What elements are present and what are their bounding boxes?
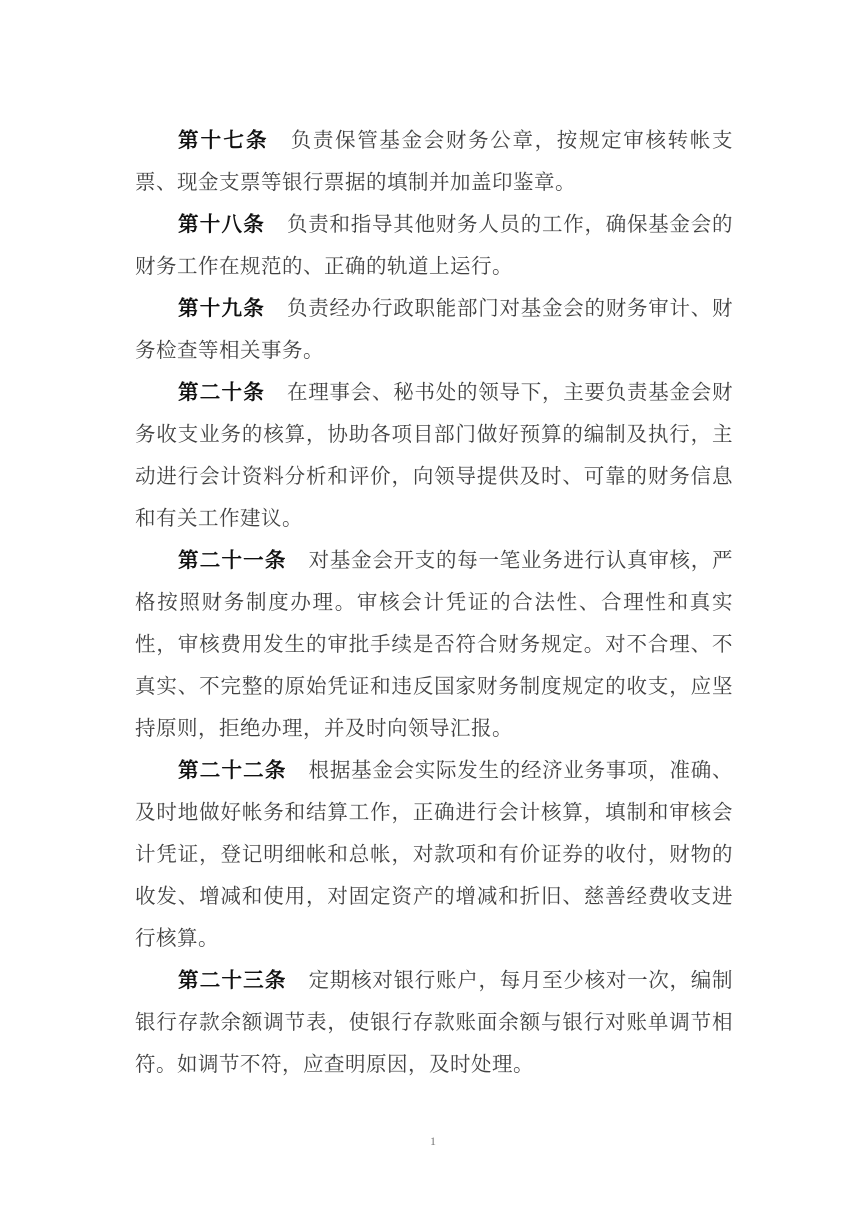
article-19: 第十九条负责经办行政职能部门对基金会的财务审计、财务检查等相关事务。 (135, 287, 733, 371)
article-title: 第二十三条 (178, 968, 287, 992)
article-17: 第十七条负责保管基金会财务公章，按规定审核转帐支票、现金支票等银行票据的填制并加… (135, 119, 733, 203)
article-title: 第二十条 (178, 380, 265, 404)
article-23: 第二十三条定期核对银行账户，每月至少核对一次，编制银行存款余额调节表，使银行存款… (135, 959, 733, 1085)
article-text: 对基金会开支的每一笔业务进行认真审核，严格按照财务制度办理。审核会计凭证的合法性… (135, 548, 733, 740)
article-22: 第二十二条根据基金会实际发生的经济业务事项，准确、及时地做好帐务和结算工作，正确… (135, 749, 733, 959)
page-number: 1 (427, 1134, 439, 1149)
article-21: 第二十一条对基金会开支的每一笔业务进行认真审核，严格按照财务制度办理。审核会计凭… (135, 539, 733, 749)
article-title: 第二十二条 (178, 758, 287, 782)
document-page: 第十七条负责保管基金会财务公章，按规定审核转帐支票、现金支票等银行票据的填制并加… (0, 0, 864, 1222)
article-title: 第二十一条 (178, 548, 287, 572)
article-title: 第十七条 (178, 128, 269, 152)
article-18: 第十八条负责和指导其他财务人员的工作，确保基金会的财务工作在规范的、正确的轨道上… (135, 203, 733, 287)
article-title: 第十八条 (178, 212, 265, 236)
article-title: 第十九条 (178, 296, 265, 320)
article-20: 第二十条在理事会、秘书处的领导下，主要负责基金会财务收支业务的核算，协助各项目部… (135, 371, 733, 539)
article-text: 根据基金会实际发生的经济业务事项，准确、及时地做好帐务和结算工作，正确进行会计核… (135, 758, 733, 950)
document-body: 第十七条负责保管基金会财务公章，按规定审核转帐支票、现金支票等银行票据的填制并加… (135, 119, 733, 1085)
